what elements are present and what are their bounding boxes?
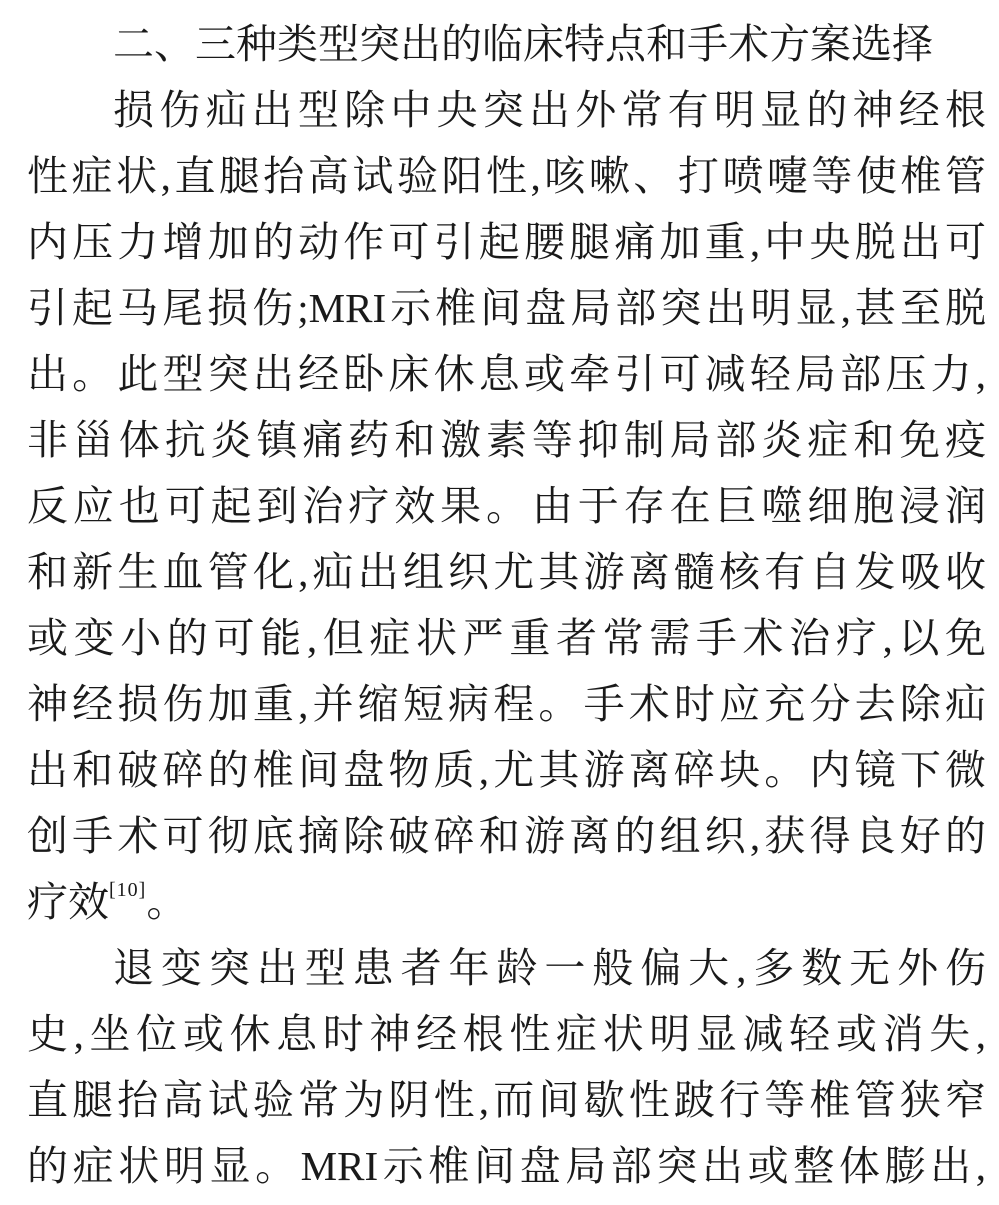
text-line: 反应也可起到治疗效果。由于存在巨噬细胞浸润: [27, 473, 986, 539]
text-line: 和新生血管化,疝出组织尤其游离髓核有自发吸收: [27, 539, 986, 605]
text-line: 退变突出型患者年龄一般偏大,多数无外伤: [27, 935, 986, 1001]
text-line: 直腿抬高试验常为阴性,而间歇性跛行等椎管狭窄: [27, 1067, 986, 1133]
text-line: 损伤疝出型除中央突出外常有明显的神经根: [27, 77, 986, 143]
text-line: 或变小的可能,但症状严重者常需手术治疗,以免: [27, 605, 986, 671]
text-line: 非甾体抗炎镇痛药和激素等抑制局部炎症和免疫: [27, 407, 986, 473]
text-segment: 。: [146, 879, 187, 925]
text-line: 的症状明显。MRI示椎间盘局部突出或整体膨出,: [27, 1133, 986, 1199]
document-page: 二、三种类型突出的临床特点和手术方案选择 损伤疝出型除中央突出外常有明显的神经根…: [0, 0, 999, 1205]
section-heading: 二、三种类型突出的临床特点和手术方案选择: [27, 11, 986, 77]
document-body: 损伤疝出型除中央突出外常有明显的神经根性症状,直腿抬高试验阳性,咳嗽、打喷嚏等使…: [27, 77, 986, 1199]
text-line: 创手术可彻底摘除破碎和游离的组织,获得良好的: [27, 803, 986, 869]
text-line: 出和破碎的椎间盘物质,尤其游离碎块。内镜下微: [27, 737, 986, 803]
text-line: 性症状,直腿抬高试验阳性,咳嗽、打喷嚏等使椎管: [27, 143, 986, 209]
paragraph: 损伤疝出型除中央突出外常有明显的神经根性症状,直腿抬高试验阳性,咳嗽、打喷嚏等使…: [27, 77, 986, 935]
text-line: 引起马尾损伤;MRI示椎间盘局部突出明显,甚至脱: [27, 275, 986, 341]
text-line: 出。此型突出经卧床休息或牵引可减轻局部压力,: [27, 341, 986, 407]
text-line: 疗效[10]。: [27, 869, 986, 935]
text-line: 神经损伤加重,并缩短病程。手术时应充分去除疝: [27, 671, 986, 737]
text-line: 内压力增加的动作可引起腰腿痛加重,中央脱出可: [27, 209, 986, 275]
paragraph: 退变突出型患者年龄一般偏大,多数无外伤史,坐位或休息时神经根性症状明显减轻或消失…: [27, 935, 986, 1199]
text-line: 史,坐位或休息时神经根性症状明显减轻或消失,: [27, 1001, 986, 1067]
text-segment: 疗效: [27, 879, 109, 925]
